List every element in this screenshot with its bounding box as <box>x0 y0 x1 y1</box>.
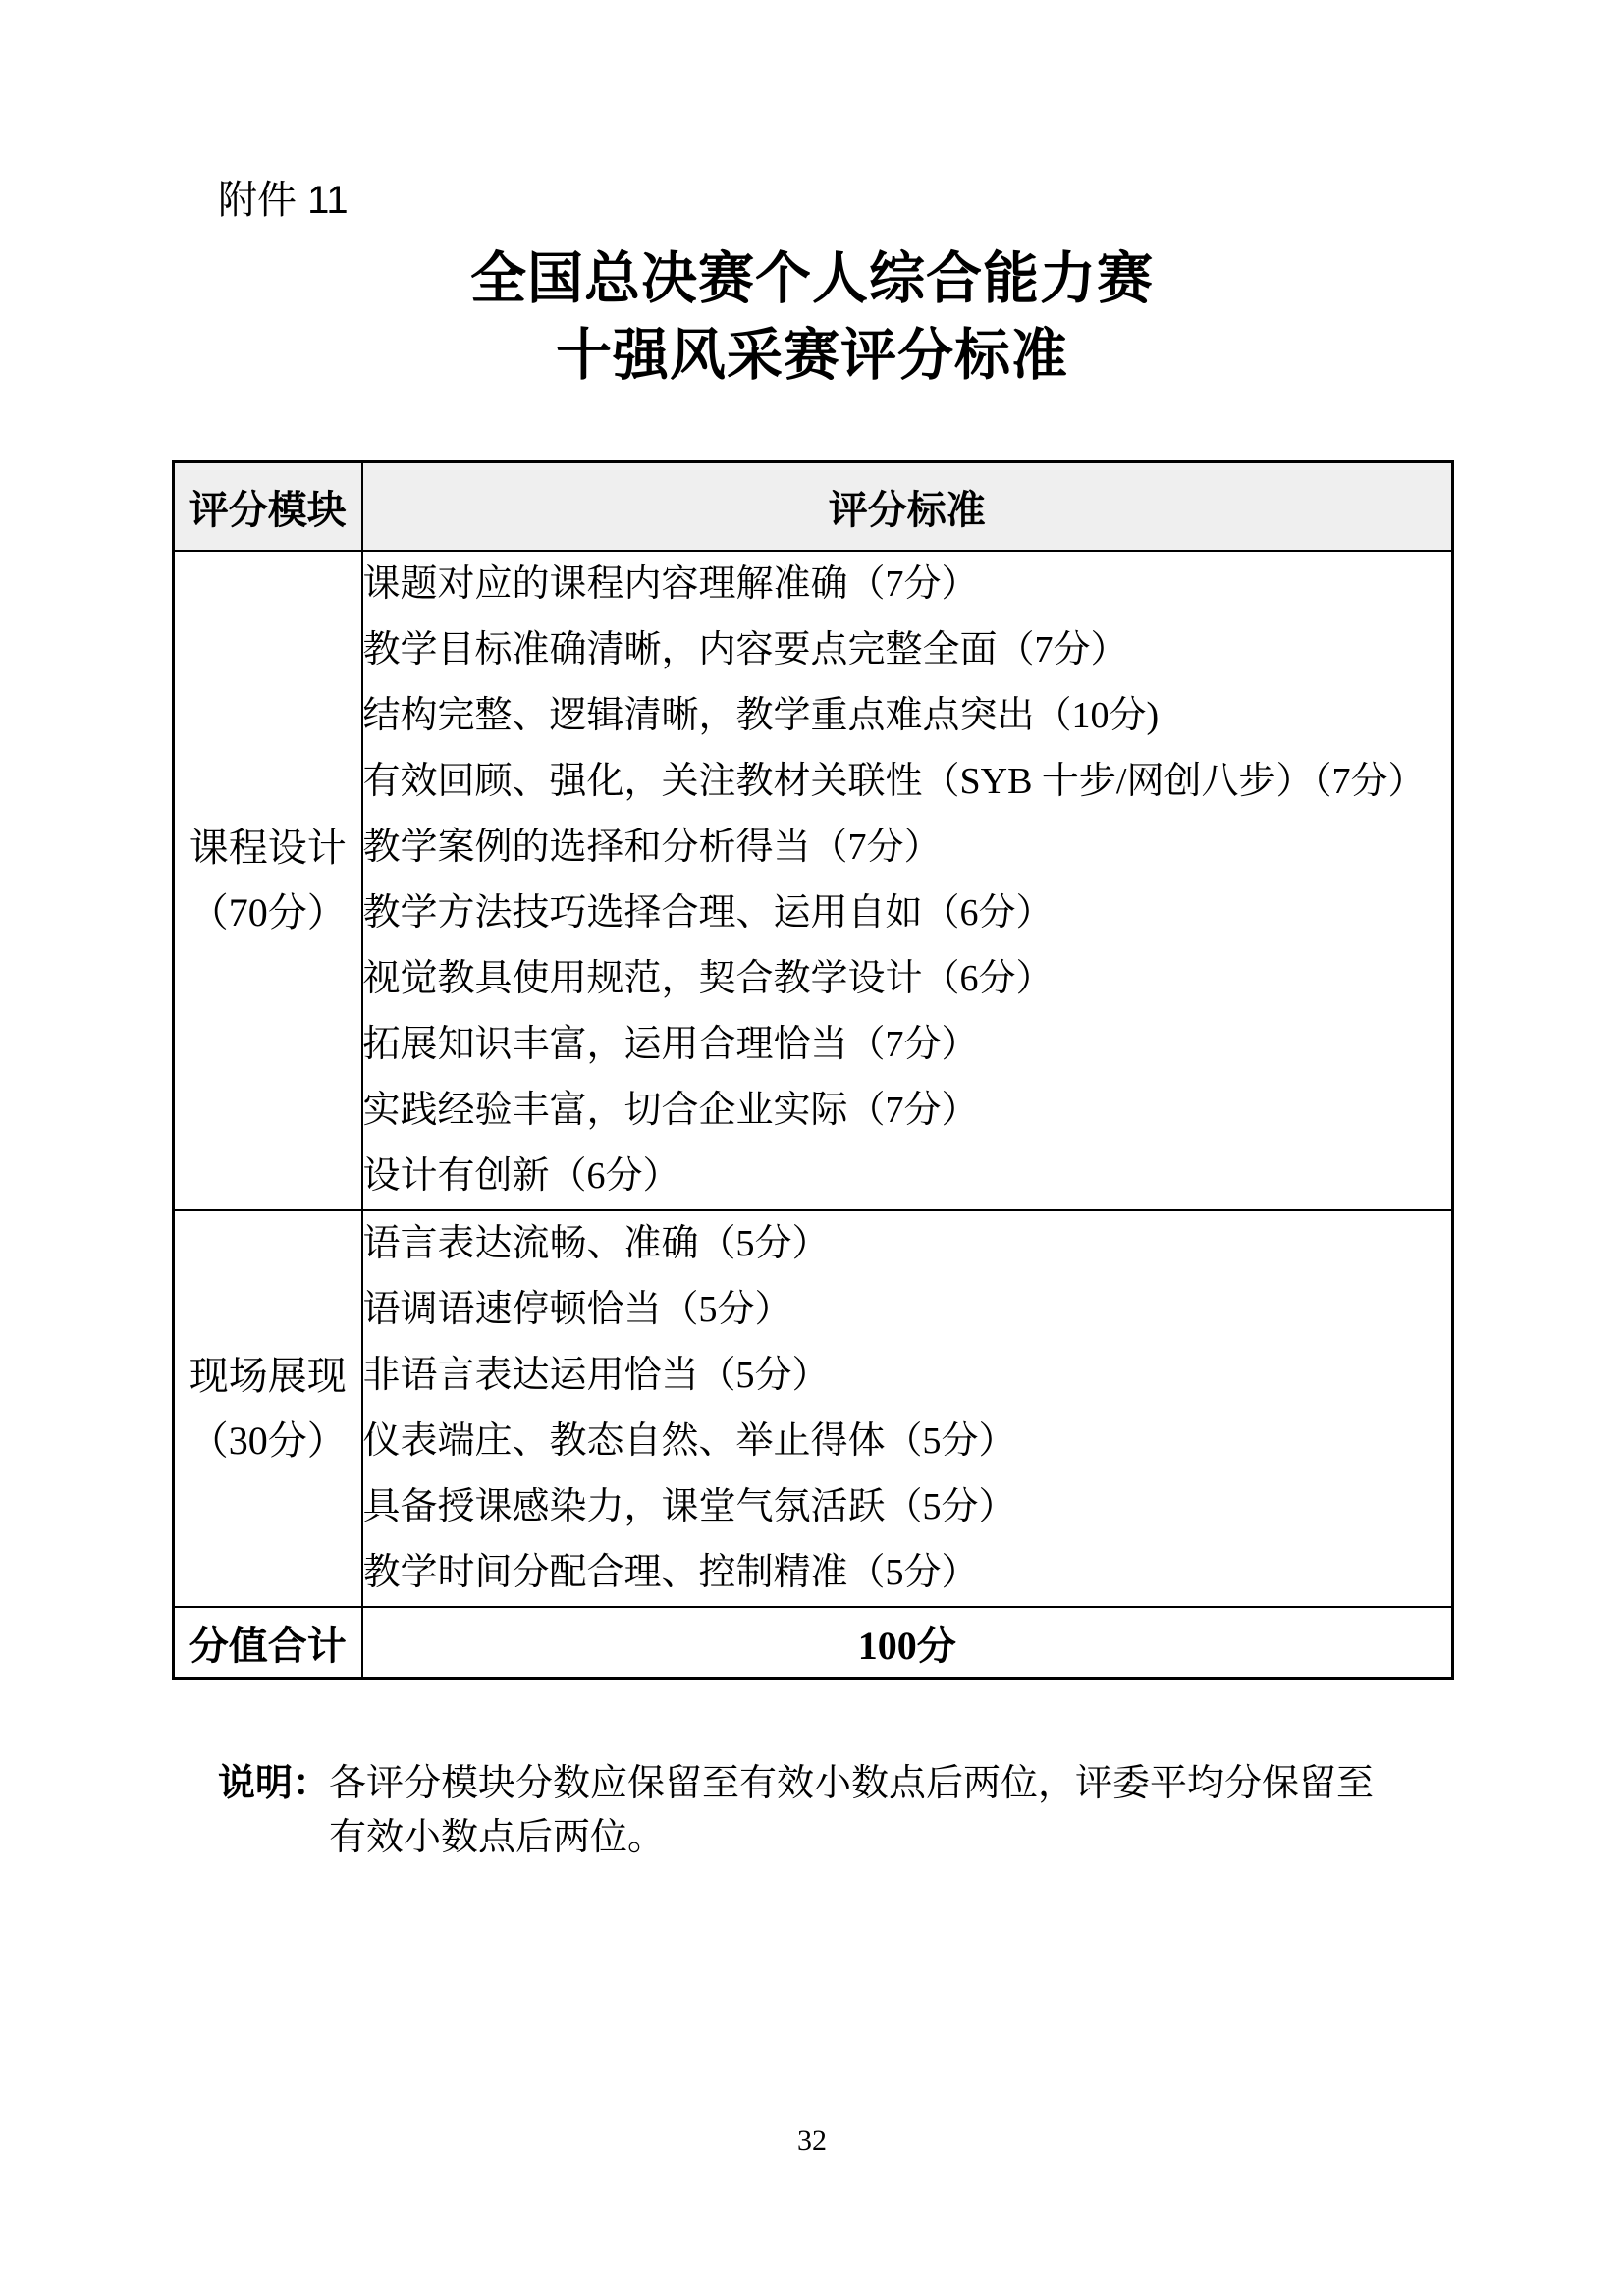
table-row-course-design: 课程设计 （70分） 课题对应的课程内容理解准确（7分）教学目标准确清晰，内容要… <box>174 551 1453 1210</box>
module-score: （70分） <box>175 881 361 945</box>
page-title-line2: 十强风采赛评分标准 <box>0 318 1624 395</box>
page-title-line1: 全国总决赛个人综合能力赛 <box>0 241 1624 318</box>
header-cell-criteria: 评分标准 <box>362 462 1453 552</box>
attachment-label: 附件 11 <box>218 177 349 224</box>
criteria-line: 教学目标准确清晰，内容要点完整全面（7分） <box>363 617 1452 683</box>
criteria-line: 非语言表达运用恰当（5分） <box>363 1343 1452 1409</box>
criteria-cell-live-presentation: 语言表达流畅、准确（5分）语调语速停顿恰当（5分）非语言表达运用恰当（5分）仪表… <box>362 1210 1453 1607</box>
header-cell-module: 评分模块 <box>174 462 362 552</box>
criteria-line: 有效回顾、强化，关注教材关联性（SYB 十步/网创八步）（7分） <box>363 749 1452 815</box>
note-content: 各评分模块分数应保留至有效小数点后两位，评委平均分保留至有效小数点后两位。 <box>329 1757 1374 1865</box>
module-score: （30分） <box>175 1409 361 1473</box>
module-cell-live-presentation: 现场展现 （30分） <box>174 1210 362 1607</box>
criteria-line: 拓展知识丰富，运用合理恰当（7分） <box>363 1012 1452 1078</box>
criteria-line: 具备授课感染力，课堂气氛活跃（5分） <box>363 1474 1452 1540</box>
criteria-line: 结构完整、逻辑清晰，教学重点难点突出（10分) <box>363 683 1452 749</box>
score-table: 评分模块 评分标准 课程设计 （70分） 课题对应的课程内容理解准确（7分）教学… <box>172 460 1454 1680</box>
criteria-line: 设计有创新（6分） <box>363 1144 1452 1209</box>
total-label-cell: 分值合计 <box>174 1607 362 1679</box>
note: 说明： 各评分模块分数应保留至有效小数点后两位，评委平均分保留至有效小数点后两位… <box>218 1757 1374 1865</box>
criteria-cell-course-design: 课题对应的课程内容理解准确（7分）教学目标准确清晰，内容要点完整全面（7分）结构… <box>362 551 1453 1210</box>
criteria-line: 实践经验丰富，切合企业实际（7分） <box>363 1078 1452 1144</box>
criteria-line: 语调语速停顿恰当（5分） <box>363 1277 1452 1343</box>
page-title: 全国总决赛个人综合能力赛 十强风采赛评分标准 <box>0 241 1624 395</box>
table-row-live-presentation: 现场展现 （30分） 语言表达流畅、准确（5分）语调语速停顿恰当（5分）非语言表… <box>174 1210 1453 1607</box>
total-value-cell: 100分 <box>362 1607 1453 1679</box>
criteria-line: 课题对应的课程内容理解准确（7分） <box>363 552 1452 617</box>
table-row-total: 分值合计 100分 <box>174 1607 1453 1679</box>
criteria-line: 教学方法技巧选择合理、运用自如（6分） <box>363 881 1452 946</box>
note-line: 各评分模块分数应保留至有效小数点后两位，评委平均分保留至 <box>329 1757 1374 1811</box>
criteria-line: 仪表端庄、教态自然、举止得体（5分） <box>363 1409 1452 1474</box>
criteria-line: 语言表达流畅、准确（5分） <box>363 1211 1452 1277</box>
page-number: 32 <box>0 2124 1624 2158</box>
criteria-line: 视觉教具使用规范，契合教学设计（6分） <box>363 946 1452 1012</box>
module-name: 现场展现 <box>175 1344 361 1409</box>
module-name: 课程设计 <box>175 816 361 881</box>
criteria-line: 教学案例的选择和分析得当（7分） <box>363 815 1452 881</box>
table-header-row: 评分模块 评分标准 <box>174 462 1453 552</box>
note-line: 有效小数点后两位。 <box>329 1811 1374 1865</box>
note-label: 说明： <box>218 1757 329 1865</box>
module-cell-course-design: 课程设计 （70分） <box>174 551 362 1210</box>
criteria-line: 教学时间分配合理、控制精准（5分） <box>363 1540 1452 1606</box>
